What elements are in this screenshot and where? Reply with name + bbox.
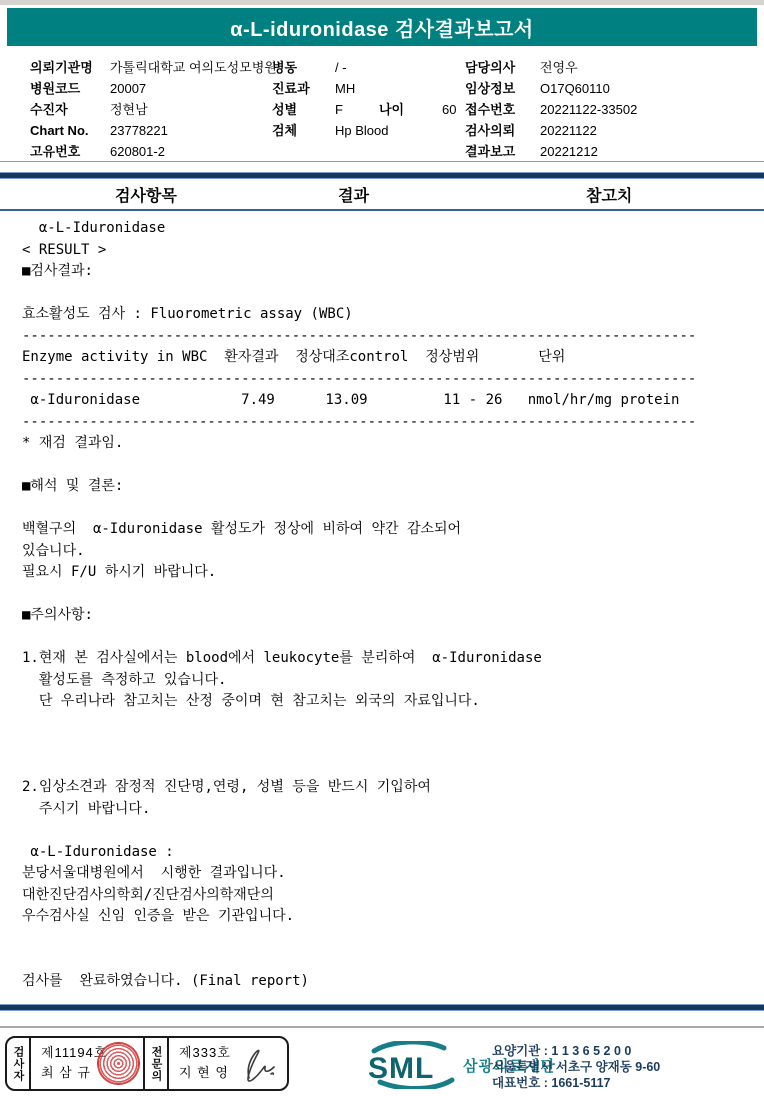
field-label: 담당의사	[465, 57, 540, 78]
result-table-header: 검사항목 결과 참고치	[0, 181, 764, 209]
divider-gray-bottom	[0, 1026, 764, 1028]
examiner-role-label: 검사자	[7, 1038, 31, 1089]
field-value: 23778221	[110, 120, 168, 141]
company-phone: 대표번호 : 1661-5117	[492, 1075, 660, 1091]
field-ward: 병동/ -	[272, 57, 456, 78]
field-department: 진료과MH	[272, 78, 456, 99]
field-label: 진료과	[272, 78, 335, 99]
field-label: Chart No.	[30, 120, 110, 141]
specialist-cert-cell: 제333호 지 현 영	[169, 1038, 287, 1089]
sml-logo-icon: SML	[362, 1041, 458, 1089]
field-label: 병동	[272, 57, 335, 78]
field-label: 결과보고	[465, 141, 540, 162]
field-value-age: 60	[442, 99, 456, 120]
divider-navy-bottom	[0, 1004, 764, 1011]
divider-header-bottom	[0, 209, 764, 211]
divider-gray-top	[0, 161, 764, 162]
field-clinical-info: 임상정보O17Q60110	[465, 78, 637, 99]
patient-info-col2: 병동/ - 진료과MH 성별F나이60 검체Hp Blood	[272, 57, 456, 141]
sml-logo-text: SML	[368, 1052, 434, 1085]
field-label-age: 나이	[379, 99, 442, 120]
lab-report-page: α-L-iduronidase 검사결과보고서 의뢰기관명가톨릭대학교 여의도성…	[0, 0, 764, 1096]
examiner-cert-cell: 제11194호 최 삼 규	[31, 1038, 143, 1089]
field-sex-age: 성별F나이60	[272, 99, 456, 120]
field-value: 20221122-33502	[540, 99, 637, 120]
field-requesting-org: 의뢰기관명가톨릭대학교 여의도성모병원	[30, 57, 277, 78]
field-label: 성별	[272, 99, 335, 120]
field-value: 20221212	[540, 141, 598, 162]
patient-info-col3: 담당의사전영우 임상정보O17Q60110 접수번호20221122-33502…	[465, 57, 637, 162]
field-value: / -	[335, 57, 347, 78]
field-label: 의뢰기관명	[30, 57, 110, 78]
field-order-date: 검사의뢰20221122	[465, 120, 637, 141]
field-label: 검사의뢰	[465, 120, 540, 141]
field-chart-no: Chart No.23778221	[30, 120, 277, 141]
field-value: 620801-2	[110, 141, 165, 162]
field-value: 20007	[110, 78, 146, 99]
field-patient-name: 수진자정현남	[30, 99, 277, 120]
field-value: O17Q60110	[540, 78, 610, 99]
column-test-item: 검사항목	[115, 183, 177, 206]
field-label: 검체	[272, 120, 335, 141]
field-label: 수진자	[30, 99, 110, 120]
field-doctor: 담당의사전영우	[465, 57, 637, 78]
field-unique-no: 고유번호620801-2	[30, 141, 277, 162]
field-value-sex: F	[335, 99, 379, 120]
examiner-stamp-box: 검사자 제11194호 최 삼 규 전문의 제333호 지 현 영	[5, 1036, 289, 1091]
red-seal-stamp-icon	[97, 1042, 140, 1085]
patient-info-col1: 의뢰기관명가톨릭대학교 여의도성모병원 병원코드20007 수진자정현남 Cha…	[30, 57, 277, 162]
report-body-text: α-L-Iduronidase < RESULT > ■검사결과: 효소활성도 …	[22, 218, 696, 992]
field-value: Hp Blood	[335, 120, 388, 141]
field-hospital-code: 병원코드20007	[30, 78, 277, 99]
column-reference: 참고치	[586, 183, 632, 206]
field-value: 전영우	[540, 57, 578, 78]
specialist-role-label: 전문의	[143, 1038, 169, 1089]
field-label: 임상정보	[465, 78, 540, 99]
field-value: 가톨릭대학교 여의도성모병원	[110, 57, 277, 78]
field-report-date: 결과보고20221212	[465, 141, 637, 162]
window-top-strip	[0, 0, 764, 6]
company-address: 서울특별시 서초구 양재동 9-60	[492, 1059, 660, 1075]
field-accession-no: 접수번호20221122-33502	[465, 99, 637, 120]
page-title: α-L-iduronidase 검사결과보고서	[230, 13, 533, 42]
patient-info-section: 의뢰기관명가톨릭대학교 여의도성모병원 병원코드20007 수진자정현남 Cha…	[0, 57, 764, 162]
column-result: 결과	[338, 183, 369, 206]
signature-icon	[239, 1042, 281, 1088]
field-label: 접수번호	[465, 99, 540, 120]
divider-navy-top	[0, 172, 764, 179]
company-info-block: 요양기관 : 1 1 3 6 5 2 0 0 서울특별시 서초구 양재동 9-6…	[492, 1043, 660, 1091]
field-label: 병원코드	[30, 78, 110, 99]
field-specimen: 검체Hp Blood	[272, 120, 456, 141]
field-label: 고유번호	[30, 141, 110, 162]
field-value: 20221122	[540, 120, 597, 141]
field-value: MH	[335, 78, 355, 99]
care-institution-no: 요양기관 : 1 1 3 6 5 2 0 0	[492, 1043, 660, 1059]
field-value: 정현남	[110, 99, 148, 120]
report-title-bar: α-L-iduronidase 검사결과보고서	[7, 8, 757, 46]
